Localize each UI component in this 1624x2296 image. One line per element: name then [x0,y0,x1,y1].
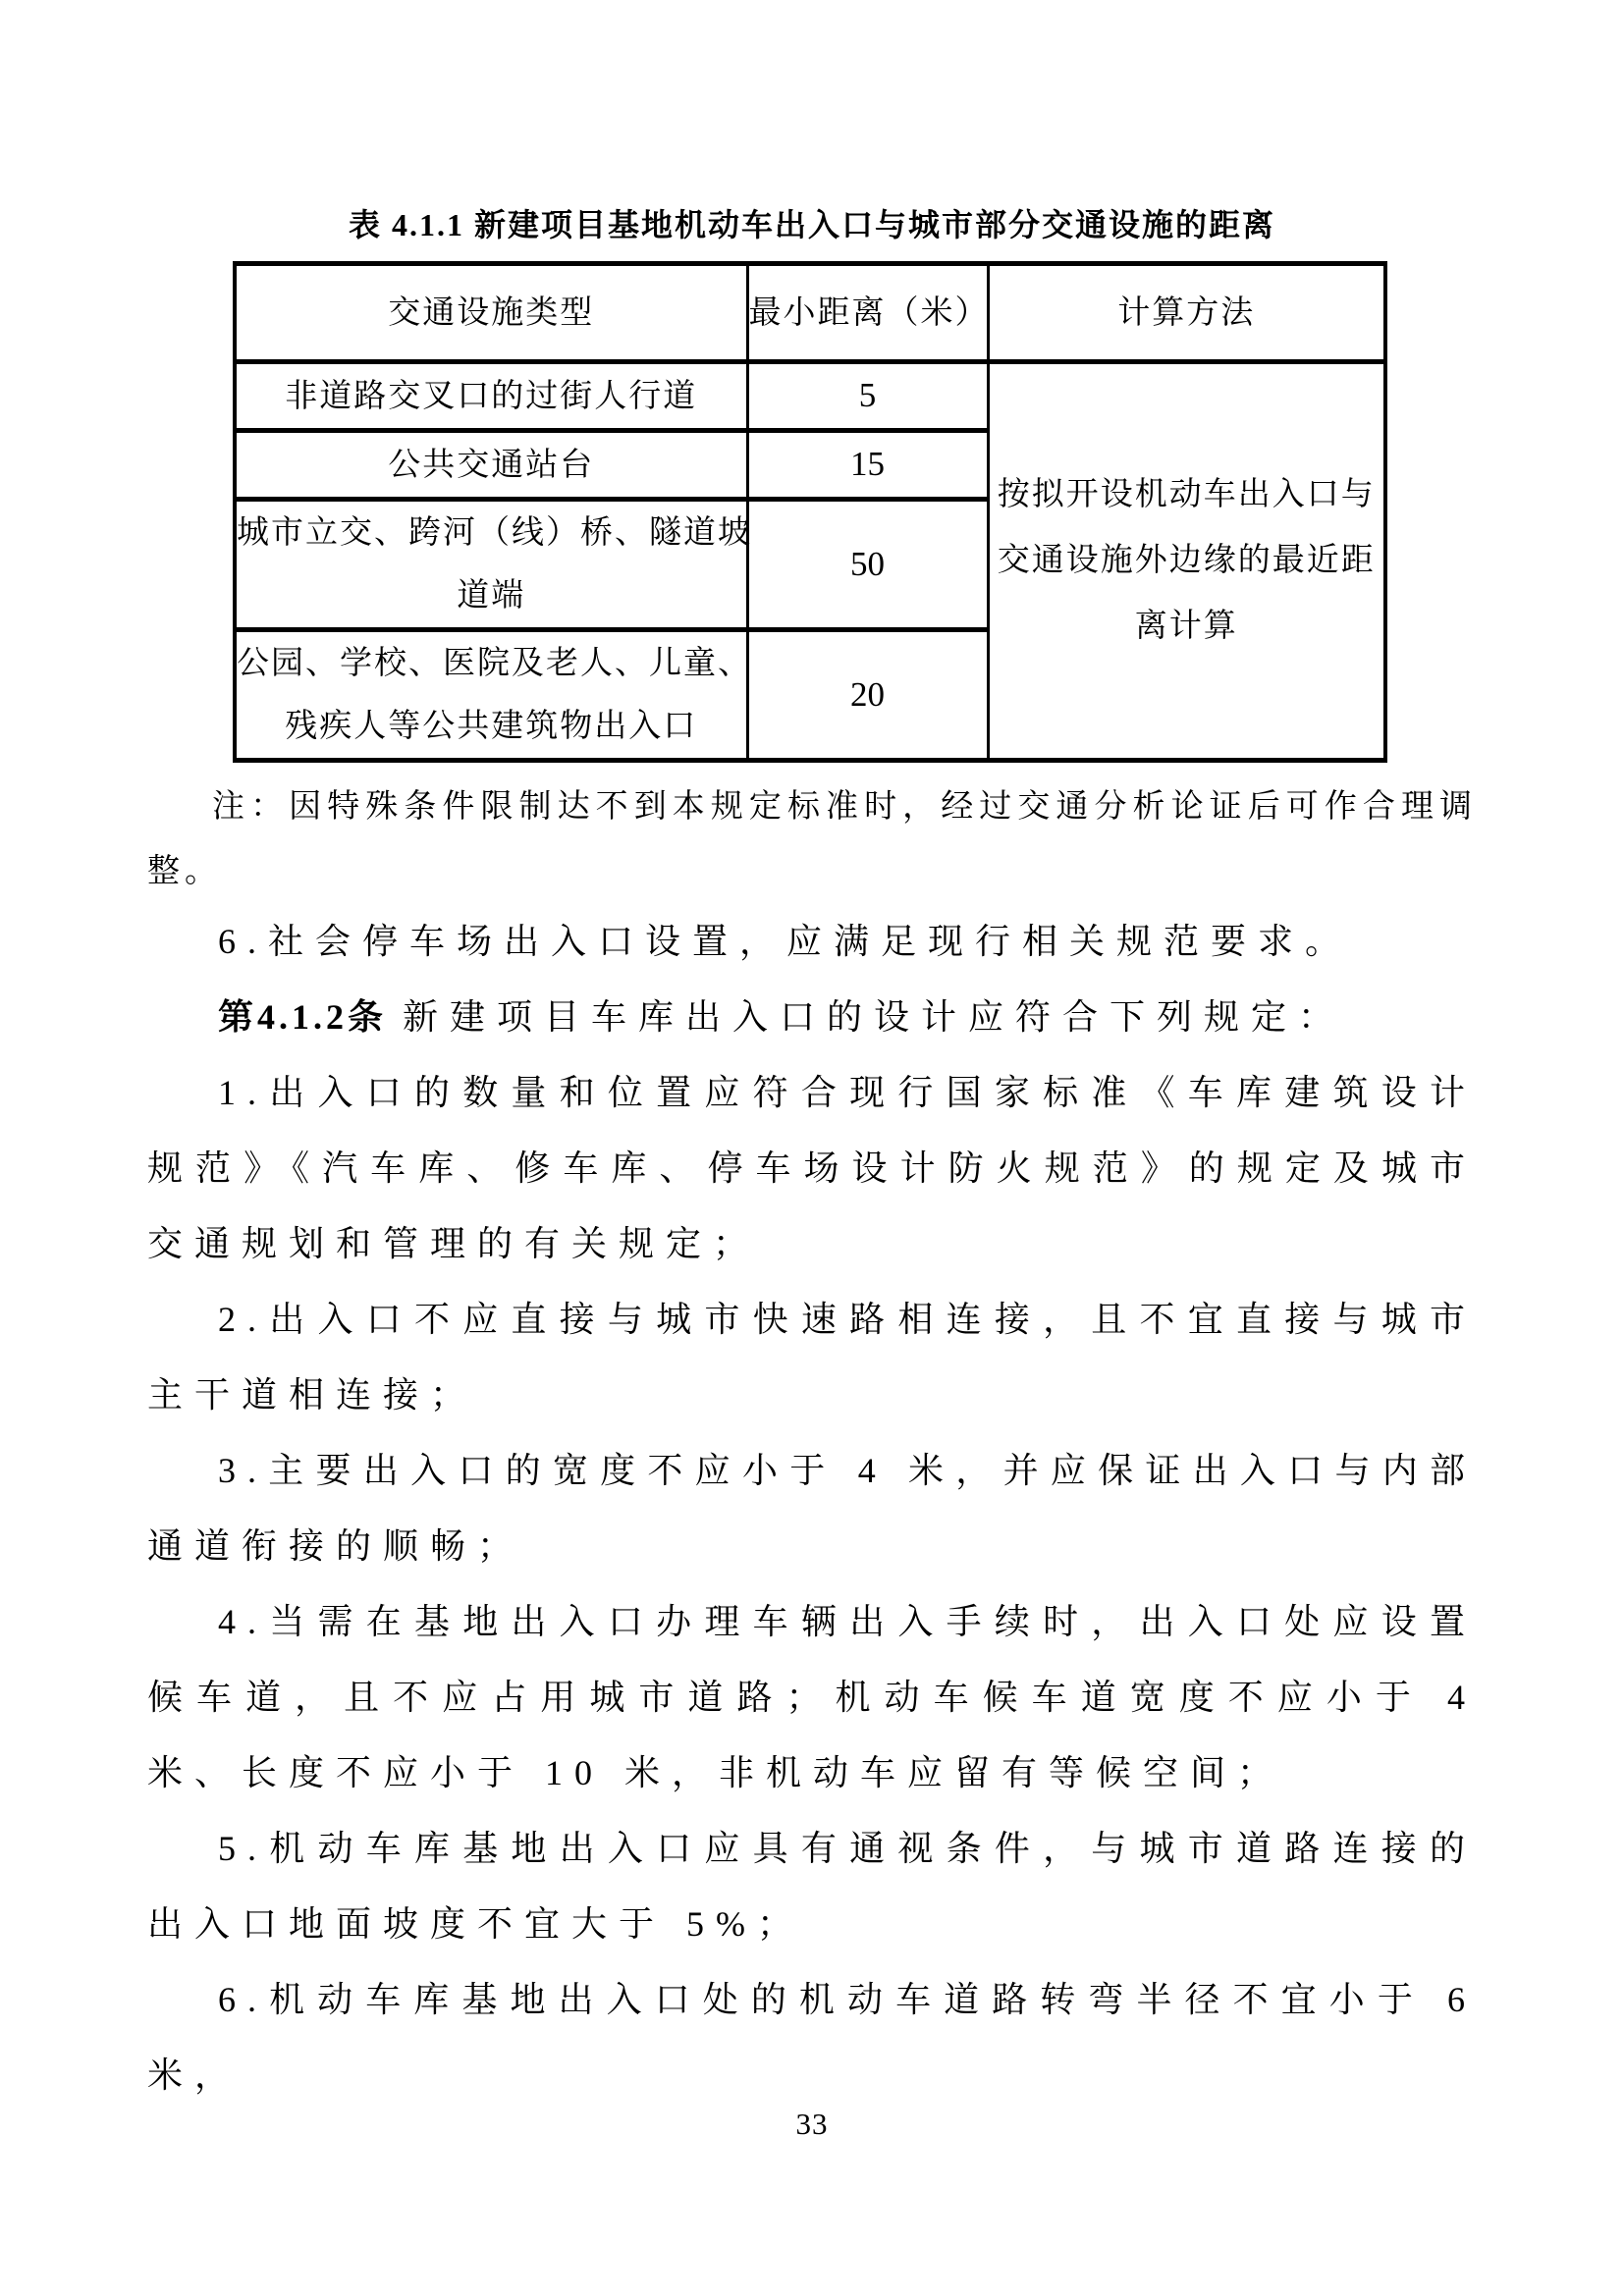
distance-cell: 20 [747,630,988,761]
facility-text: 城市立交、跨河（线）桥、隧道坡 [237,502,746,564]
paragraph: 3.主要出入口的宽度不应小于 4 米，并应保证出入口与内部通道衔接的顺畅； [147,1433,1477,1584]
facility-cell: 城市立交、跨河（线）桥、隧道坡 道端 [235,500,747,630]
facility-text: 非道路交叉口的过街人行道 [237,365,746,428]
table-header-row: 交通设施类型 最小距离（米） 计算方法 [235,264,1385,362]
paragraph: 6.社会停车场出入口设置，应满足现行相关规范要求。 [147,904,1477,980]
paragraph: 5.机动车库基地出入口应具有通视条件，与城市道路连接的出入口地面坡度不宜大于 5… [147,1811,1477,1962]
paragraph: 6.机动车库基地出入口处的机动车道路转弯半径不宜小于 6 米， [147,1962,1477,2113]
document-page: 表 4.1.1 新建项目基地机动车出入口与城市部分交通设施的距离 交通设施类型 … [0,0,1624,2296]
table-caption: 表 4.1.1 新建项目基地机动车出入口与城市部分交通设施的距离 [147,204,1477,245]
facility-cell: 公园、学校、医院及老人、儿童、 残疾人等公共建筑物出入口 [235,630,747,761]
method-text-line: 按拟开设机动车出入口与 [990,462,1384,528]
table-note: 注：因特殊条件限制达不到本规定标准时，经过交通分析论证后可作合理调整。 [147,774,1477,904]
distance-table: 交通设施类型 最小距离（米） 计算方法 非道路交叉口的过街人行道 5 按拟开设机… [233,261,1387,763]
article-number: 第4.1.2条 [218,997,387,1037]
paragraph-text: 新建项目车库出入口的设计应符合下列规定： [403,997,1345,1037]
distance-value: 50 [850,545,885,583]
distance-cell: 50 [747,500,988,630]
facility-text: 残疾人等公共建筑物出入口 [237,695,746,758]
header-min-distance: 最小距离（米） [747,264,988,362]
distance-cell: 5 [747,362,988,431]
facility-cell: 公共交通站台 [235,431,747,500]
distance-cell: 15 [747,431,988,500]
method-cell: 按拟开设机动车出入口与 交通设施外边缘的最近距 离计算 [988,362,1385,761]
table-row: 非道路交叉口的过街人行道 5 按拟开设机动车出入口与 交通设施外边缘的最近距 离… [235,362,1385,431]
table-container: 交通设施类型 最小距离（米） 计算方法 非道路交叉口的过街人行道 5 按拟开设机… [233,261,1477,763]
method-text-line: 交通设施外边缘的最近距 [990,528,1384,594]
page-number: 33 [0,2107,1624,2142]
facility-text: 公园、学校、医院及老人、儿童、 [237,632,746,695]
facility-text: 道端 [237,564,746,627]
paragraph: 4.当需在基地出入口办理车辆出入手续时，出入口处应设置候车道，且不应占用城市道路… [147,1584,1477,1811]
header-facility-type: 交通设施类型 [235,264,747,362]
header-calc-method: 计算方法 [988,264,1385,362]
distance-value: 20 [850,675,885,714]
paragraph: 1.出入口的数量和位置应符合现行国家标准《车库建筑设计规范》《汽车库、修车库、停… [147,1055,1477,1282]
distance-value: 5 [859,376,877,414]
paragraph: 第4.1.2条新建项目车库出入口的设计应符合下列规定： [147,980,1477,1055]
paragraph: 2.出入口不应直接与城市快速路相连接，且不宜直接与城市主干道相连接； [147,1282,1477,1433]
distance-value: 15 [850,445,885,483]
method-text-line: 离计算 [990,594,1384,660]
page-content: 表 4.1.1 新建项目基地机动车出入口与城市部分交通设施的距离 交通设施类型 … [0,0,1624,2113]
facility-cell: 非道路交叉口的过街人行道 [235,362,747,431]
facility-text: 公共交通站台 [237,434,746,497]
